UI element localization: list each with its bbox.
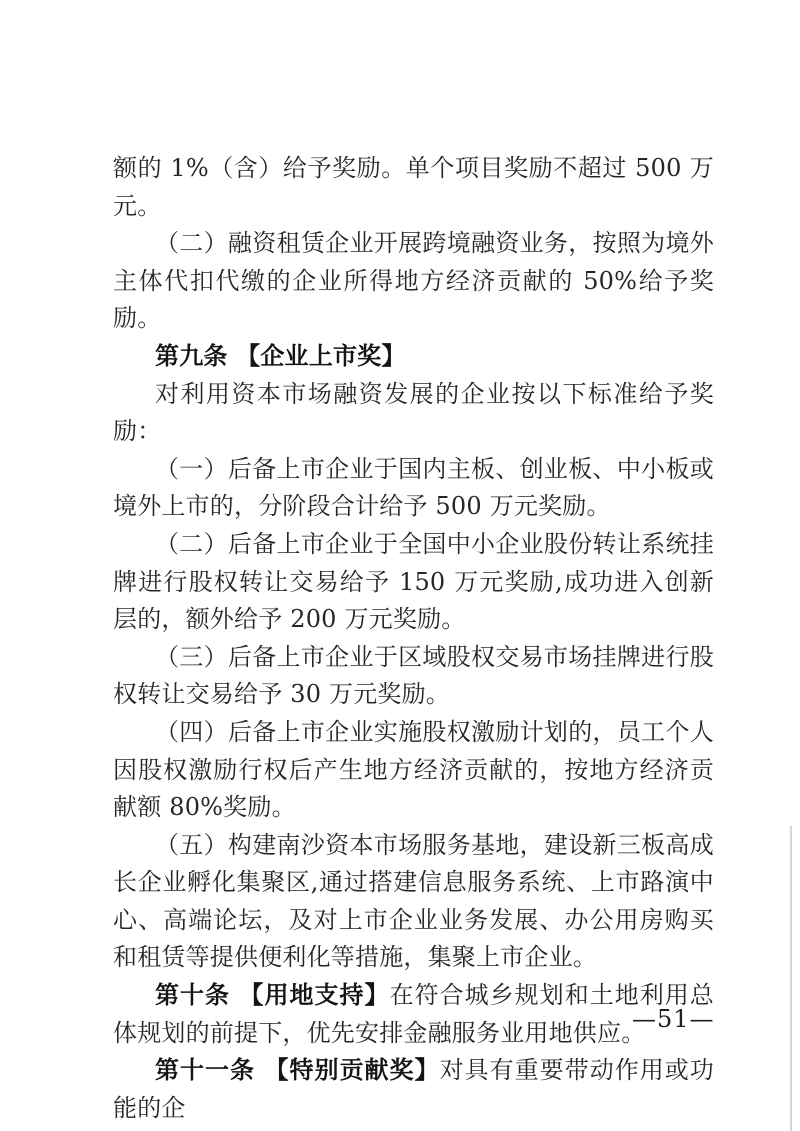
article-10-title: 第十条 【用地支持】 [155,981,390,1009]
article-11-paragraph: 第十一条 【特别贡献奖】对具有重要带动作用或功能的企 [113,1052,714,1127]
article-9-title: 第九条 【企业上市奖】 [155,342,406,370]
page-number: —51— [632,1005,715,1033]
article-9-intro: 对利用资本市场融资发展的企业按以下标准给予奖励： [113,376,714,451]
article-9-item-5: （五）构建南沙资本市场服务基地，建设新三板高成长企业孵化集聚区,通过搭建信息服务… [113,827,714,977]
article-9-item-2: （二）后备上市企业于全国中小企业股份转让系统挂牌进行股权转让交易给予 150 万… [113,526,714,639]
article-10-paragraph: 第十条 【用地支持】在符合城乡规划和土地利用总体规划的前提下，优先安排金融服务业… [113,977,714,1052]
article-9-item-4: （四）后备上市企业实施股权激励计划的，员工个人因股权激励行权后产生地方经济贡献的… [113,714,714,827]
paragraph-continuation: 额的 1%（含）给予奖励。单个项目奖励不超过 500 万元。 [113,150,714,225]
document-page: 额的 1%（含）给予奖励。单个项目奖励不超过 500 万元。 （二）融资租赁企业… [0,0,800,1131]
scan-artifact-line [790,826,792,1131]
article-9-item-3: （三）后备上市企业于区域股权交易市场挂牌进行股权转让交易给予 30 万元奖励。 [113,639,714,714]
document-body: 额的 1%（含）给予奖励。单个项目奖励不超过 500 万元。 （二）融资租赁企业… [113,150,714,1127]
article-11-title: 第十一条 【特别贡献奖】 [155,1056,440,1084]
article-9-heading: 第九条 【企业上市奖】 [113,338,714,376]
article-9-item-1: （一）后备上市企业于国内主板、创业板、中小板或境外上市的，分阶段合计给予 500… [113,451,714,526]
paragraph-item-2-leasing: （二）融资租赁企业开展跨境融资业务，按照为境外主体代扣代缴的企业所得地方经济贡献… [113,225,714,338]
